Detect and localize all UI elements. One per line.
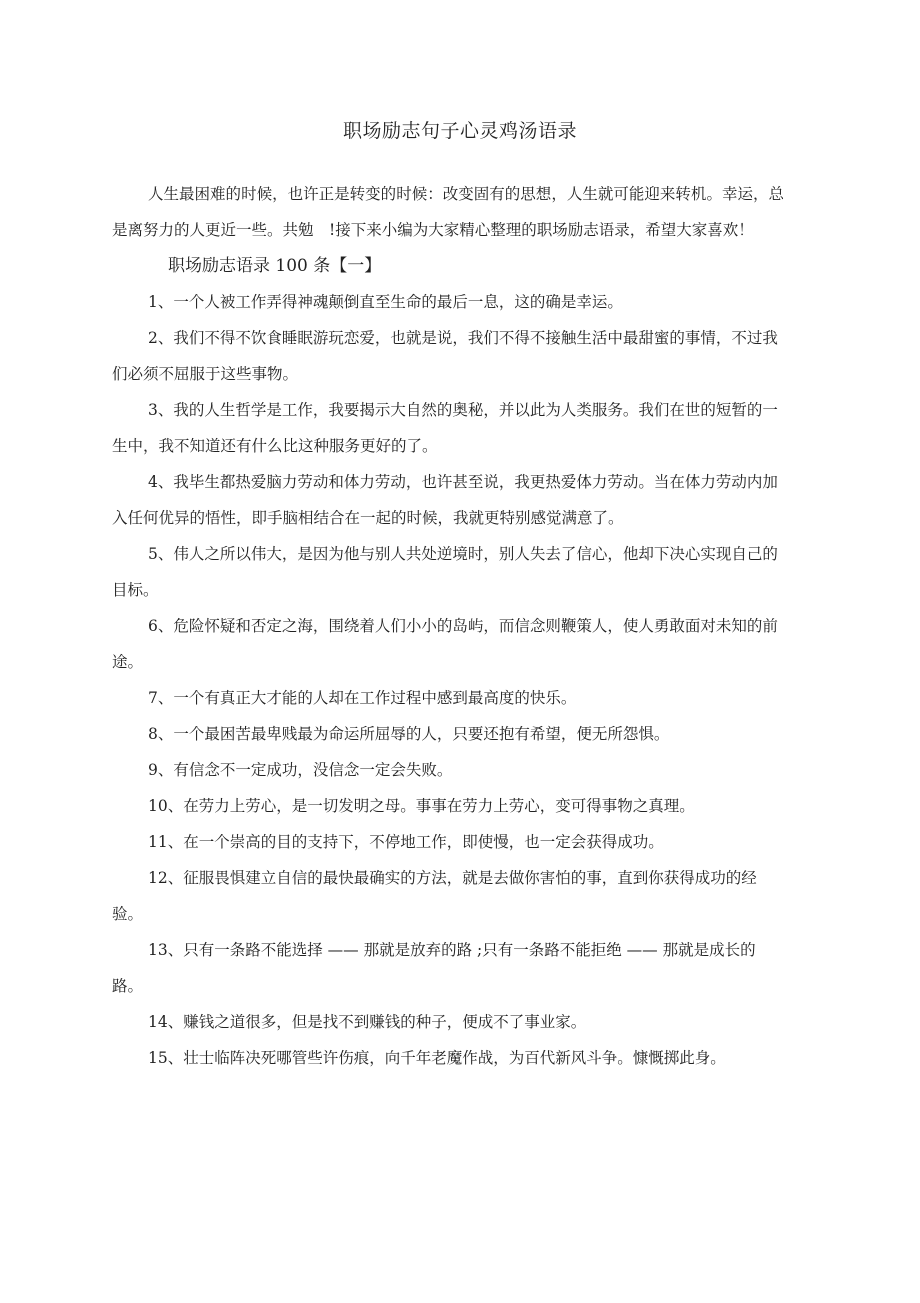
list-item: 9、有信念不一定成功，没信念一定会失败。 (112, 752, 784, 788)
list-item: 8、一个最困苦最卑贱最为命运所屈辱的人，只要还抱有希望，便无所怨惧。 (112, 716, 784, 752)
list-item: 3、我的人生哲学是工作，我要揭示大自然的奥秘，并以此为人类服务。我们在世的短暂的… (112, 392, 784, 464)
list-item: 15、壮士临阵决死哪管些许伤痕，向千年老魔作战，为百代新风斗争。慷慨掷此身。 (112, 1040, 784, 1076)
list-item: 12、征服畏惧建立自信的最快最确实的方法，就是去做你害怕的事，直到你获得成功的经… (112, 860, 784, 932)
list-item: 6、危险怀疑和否定之海，围绕着人们小小的岛屿，而信念则鞭策人，使人勇敢面对未知的… (112, 608, 784, 680)
list-item: 13、只有一条路不能选择 —— 那就是放弃的路 ;只有一条路不能拒绝 —— 那就… (112, 932, 784, 1004)
list-item: 4、我毕生都热爱脑力劳动和体力劳动，也许甚至说，我更热爱体力劳动。当在体力劳动内… (112, 464, 784, 536)
list-item: 14、赚钱之道很多，但是找不到赚钱的种子，便成不了事业家。 (112, 1004, 784, 1040)
intro-paragraph: 人生最困难的时候，也许正是转变的时候：改变固有的思想，人生就可能迎来转机。幸运，… (112, 176, 784, 248)
list-item: 5、伟人之所以伟大，是因为他与别人共处逆境时，别人失去了信心，他却下决心实现自己… (112, 536, 784, 608)
list-item: 7、一个有真正大才能的人却在工作过程中感到最高度的快乐。 (112, 680, 784, 716)
document-title: 职场励志句子心灵鸡汤语录 (0, 116, 920, 143)
list-item: 2、我们不得不饮食睡眠游玩恋爱，也就是说，我们不得不接触生活中最甜蜜的事情，不过… (112, 320, 784, 392)
list-item: 1、一个人被工作弄得神魂颠倒直至生命的最后一息，这的确是幸运。 (112, 284, 784, 320)
list-item: 11、在一个崇高的目的支持下，不停地工作，即使慢，也一定会获得成功。 (112, 824, 784, 860)
list-item: 10、在劳力上劳心，是一切发明之母。事事在劳力上劳心，变可得事物之真理。 (112, 788, 784, 824)
document-page: 职场励志句子心灵鸡汤语录 人生最困难的时候，也许正是转变的时候：改变固有的思想，… (0, 0, 920, 1303)
section-heading: 职场励志语录 100 条【一】 (112, 248, 784, 284)
document-body: 人生最困难的时候，也许正是转变的时候：改变固有的思想，人生就可能迎来转机。幸运，… (112, 176, 784, 1076)
